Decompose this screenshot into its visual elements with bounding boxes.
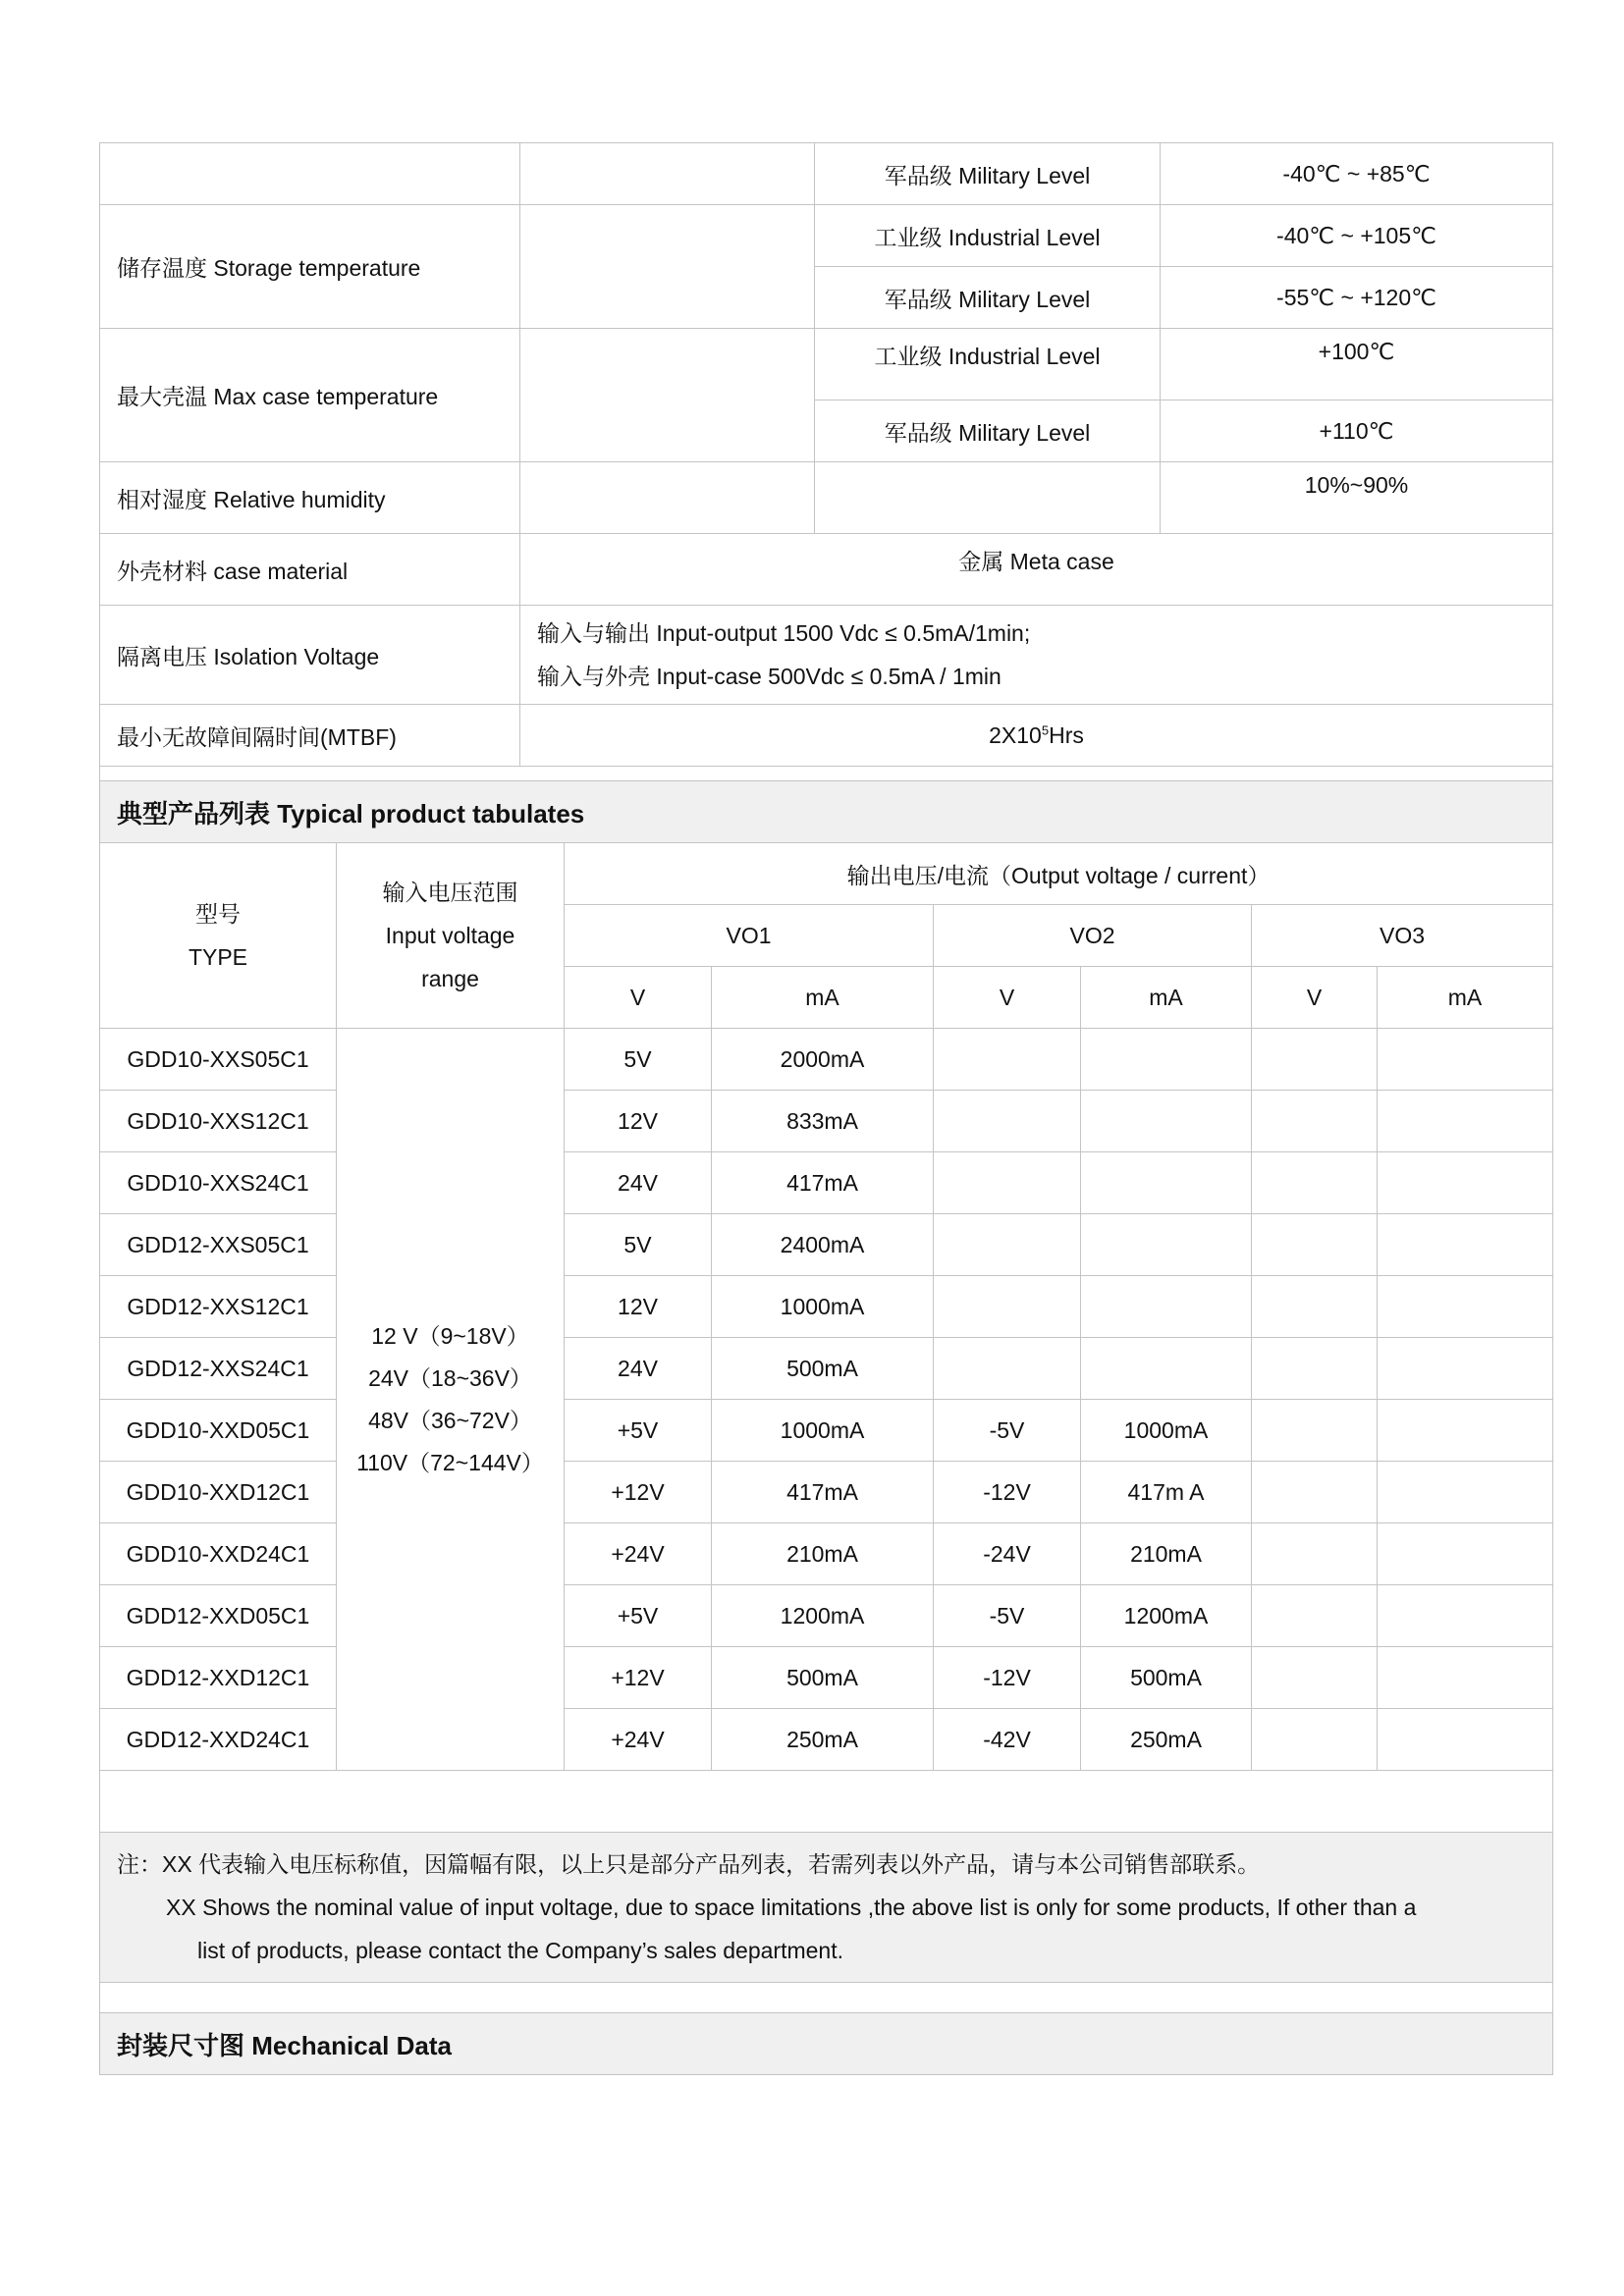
col-header-vo1-ma: mA bbox=[712, 967, 934, 1029]
cell-vo2-ma bbox=[1081, 1338, 1252, 1400]
note-en-line2: list of products, please contact the Com… bbox=[117, 1929, 1541, 1972]
table-row: GDD10-XXS05C112 V（9~18V）24V（18~36V）48V（3… bbox=[100, 1029, 1553, 1091]
cell-vo3-ma bbox=[1378, 1585, 1553, 1647]
isolation-line-input-output: 输入与输出 Input-output 1500 Vdc ≤ 0.5mA/1min… bbox=[537, 612, 1552, 655]
table-row: GDD12-XXD12C1+12V500mA-12V500mA bbox=[100, 1647, 1553, 1709]
temp-value: -40℃ ~ +85℃ bbox=[1161, 143, 1553, 205]
cell-type: GDD12-XXS05C1 bbox=[100, 1214, 337, 1276]
typical-products-header-row: 典型产品列表 Typical product tabulates bbox=[100, 781, 1553, 843]
grade-label: 军品级 Military Level bbox=[815, 267, 1161, 329]
cell-vo2-ma: 210mA bbox=[1081, 1523, 1252, 1585]
cell-vo2-v bbox=[934, 1276, 1081, 1338]
cell-vo1-ma: 210mA bbox=[712, 1523, 934, 1585]
cell-type: GDD12-XXD05C1 bbox=[100, 1585, 337, 1647]
cell-vo3-v bbox=[1252, 1462, 1378, 1523]
mtbf-value: 2X105Hrs bbox=[520, 705, 1553, 767]
cell-vo1-ma: 417mA bbox=[712, 1152, 934, 1214]
case-material-row: 外壳材料 case material 金属 Meta case bbox=[100, 534, 1553, 606]
storage-temp-label: 储存温度 Storage temperature bbox=[100, 205, 520, 329]
cell-vo2-v bbox=[934, 1091, 1081, 1152]
cell-type: GDD10-XXS05C1 bbox=[100, 1029, 337, 1091]
table-row: GDD12-XXS12C112V1000mA bbox=[100, 1276, 1553, 1338]
note: 注：XX 代表输入电压标称值，因篇幅有限，以上只是部分产品列表，若需列表以外产品… bbox=[100, 1833, 1553, 1983]
cell-vo1-v: 12V bbox=[565, 1276, 712, 1338]
cell-vo1-ma: 833mA bbox=[712, 1091, 934, 1152]
col-header-vo2-v: V bbox=[934, 967, 1081, 1029]
cell-vo1-ma: 417mA bbox=[712, 1462, 934, 1523]
cell-vo2-v: -5V bbox=[934, 1400, 1081, 1462]
cell-vo3-ma bbox=[1378, 1523, 1553, 1585]
grade-label: 工业级 Industrial Level bbox=[815, 329, 1161, 400]
cell-vo2-ma bbox=[1081, 1091, 1252, 1152]
humidity-label: 相对湿度 Relative humidity bbox=[100, 462, 520, 534]
cell-vo2-ma bbox=[1081, 1152, 1252, 1214]
case-material-value: 金属 Meta case bbox=[520, 534, 1553, 606]
cell-vo2-ma: 1000mA bbox=[1081, 1400, 1252, 1462]
cell-vo3-v bbox=[1252, 1214, 1378, 1276]
cell-vo2-v: -12V bbox=[934, 1647, 1081, 1709]
cell-vo3-ma bbox=[1378, 1647, 1553, 1709]
grade-label: 军品级 Military Level bbox=[815, 143, 1161, 205]
cell-vo2-ma: 250mA bbox=[1081, 1709, 1252, 1771]
temp-value: +110℃ bbox=[1161, 400, 1553, 462]
cell-type: GDD10-XXS12C1 bbox=[100, 1091, 337, 1152]
cell-vo3-v bbox=[1252, 1338, 1378, 1400]
table-row: GDD10-XXS12C112V833mA bbox=[100, 1091, 1553, 1152]
product-table: 型号 TYPE 输入电压范围 Input voltage range 输出电压/… bbox=[99, 842, 1553, 2075]
cell-vo3-v bbox=[1252, 1709, 1378, 1771]
cell-vo3-v bbox=[1252, 1647, 1378, 1709]
note-row: 注：XX 代表输入电压标称值，因篇幅有限，以上只是部分产品列表，若需列表以外产品… bbox=[100, 1833, 1553, 1983]
isolation-value: 输入与输出 Input-output 1500 Vdc ≤ 0.5mA/1min… bbox=[520, 606, 1553, 705]
col-header-input-range: 输入电压范围 Input voltage range bbox=[337, 843, 565, 1029]
datasheet-page: 军品级 Military Level -40℃ ~ +85℃ 储存温度 Stor… bbox=[99, 142, 1552, 2075]
col-header-vo3-v: V bbox=[1252, 967, 1378, 1029]
cell-vo1-v: +12V bbox=[565, 1462, 712, 1523]
storage-temp-row: 储存温度 Storage temperature 工业级 Industrial … bbox=[100, 205, 1553, 267]
cell-vo3-v bbox=[1252, 1152, 1378, 1214]
isolation-line-input-case: 输入与外壳 Input-case 500Vdc ≤ 0.5mA / 1min bbox=[537, 655, 1552, 698]
table-row: GDD12-XXS24C124V500mA bbox=[100, 1338, 1553, 1400]
cell-vo2-v: -5V bbox=[934, 1585, 1081, 1647]
table-row: GDD12-XXD05C1+5V1200mA-5V1200mA bbox=[100, 1585, 1553, 1647]
section-title-typical-products: 典型产品列表 Typical product tabulates bbox=[100, 781, 1553, 843]
cell-vo3-v bbox=[1252, 1400, 1378, 1462]
cell-vo2-v: -24V bbox=[934, 1523, 1081, 1585]
mechanical-header-row: 封装尺寸图 Mechanical Data bbox=[100, 2013, 1553, 2075]
operating-temp-military-row: 军品级 Military Level -40℃ ~ +85℃ bbox=[100, 143, 1553, 205]
cell-vo1-ma: 500mA bbox=[712, 1647, 934, 1709]
case-material-label: 外壳材料 case material bbox=[100, 534, 520, 606]
mtbf-label: 最小无故障间隔时间(MTBF) bbox=[100, 705, 520, 767]
cell-type: GDD12-XXD24C1 bbox=[100, 1709, 337, 1771]
grade-label: 工业级 Industrial Level bbox=[815, 205, 1161, 267]
col-header-vo3: VO3 bbox=[1252, 905, 1553, 967]
cell-type: GDD10-XXD12C1 bbox=[100, 1462, 337, 1523]
specs-table: 军品级 Military Level -40℃ ~ +85℃ 储存温度 Stor… bbox=[99, 142, 1553, 843]
cell-vo2-v bbox=[934, 1152, 1081, 1214]
cell-vo1-ma: 1000mA bbox=[712, 1276, 934, 1338]
col-header-vo1: VO1 bbox=[565, 905, 934, 967]
cell-vo3-ma bbox=[1378, 1091, 1553, 1152]
isolation-label: 隔离电压 Isolation Voltage bbox=[100, 606, 520, 705]
cell-vo2-ma bbox=[1081, 1214, 1252, 1276]
cell-type: GDD10-XXD05C1 bbox=[100, 1400, 337, 1462]
cell-vo1-v: 24V bbox=[565, 1338, 712, 1400]
col-header-vo1-v: V bbox=[565, 967, 712, 1029]
cell-vo2-ma: 417m A bbox=[1081, 1462, 1252, 1523]
mtbf-row: 最小无故障间隔时间(MTBF) 2X105Hrs bbox=[100, 705, 1553, 767]
col-header-vo2-ma: mA bbox=[1081, 967, 1252, 1029]
table-row: GDD12-XXD24C1+24V250mA-42V250mA bbox=[100, 1709, 1553, 1771]
section-title-mechanical: 封装尺寸图 Mechanical Data bbox=[100, 2013, 1553, 2075]
humidity-value: 10%~90% bbox=[1161, 462, 1553, 534]
cell-vo3-v bbox=[1252, 1523, 1378, 1585]
cell-vo3-ma bbox=[1378, 1462, 1553, 1523]
isolation-row: 隔离电压 Isolation Voltage 输入与输出 Input-outpu… bbox=[100, 606, 1553, 705]
col-header-type: 型号 TYPE bbox=[100, 843, 337, 1029]
cell-vo1-v: +5V bbox=[565, 1400, 712, 1462]
temp-value: +100℃ bbox=[1161, 329, 1553, 400]
table-row: GDD12-XXS05C15V2400mA bbox=[100, 1214, 1553, 1276]
cell-vo2-ma bbox=[1081, 1276, 1252, 1338]
cell-vo1-v: +12V bbox=[565, 1647, 712, 1709]
cell-vo1-ma: 500mA bbox=[712, 1338, 934, 1400]
table-row: GDD10-XXD12C1+12V417mA-12V417m A bbox=[100, 1462, 1553, 1523]
product-rows: GDD10-XXS05C112 V（9~18V）24V（18~36V）48V（3… bbox=[100, 1029, 1553, 1771]
cell-input-range: 12 V（9~18V）24V（18~36V）48V（36~72V）110V（72… bbox=[337, 1029, 565, 1771]
cell-vo2-v: -42V bbox=[934, 1709, 1081, 1771]
cell-vo1-v: 5V bbox=[565, 1214, 712, 1276]
cell-vo1-ma: 1000mA bbox=[712, 1400, 934, 1462]
table-row: GDD10-XXD24C1+24V210mA-24V210mA bbox=[100, 1523, 1553, 1585]
note-en-line1: XX Shows the nominal value of input volt… bbox=[117, 1886, 1541, 1929]
cell-vo2-v bbox=[934, 1029, 1081, 1091]
cell-vo3-ma bbox=[1378, 1709, 1553, 1771]
max-case-temp-row: 最大壳温 Max case temperature 工业级 Industrial… bbox=[100, 329, 1553, 400]
cell-vo3-v bbox=[1252, 1091, 1378, 1152]
col-header-vo2: VO2 bbox=[934, 905, 1252, 967]
cell-vo1-v: 12V bbox=[565, 1091, 712, 1152]
cell-vo1-v: 24V bbox=[565, 1152, 712, 1214]
cell-vo1-v: 5V bbox=[565, 1029, 712, 1091]
note-cn: 注：XX 代表输入电压标称值，因篇幅有限，以上只是部分产品列表，若需列表以外产品… bbox=[117, 1842, 1541, 1886]
col-header-vo3-ma: mA bbox=[1378, 967, 1553, 1029]
cell-vo3-ma bbox=[1378, 1400, 1553, 1462]
cell-type: GDD10-XXD24C1 bbox=[100, 1523, 337, 1585]
cell-vo1-v: +24V bbox=[565, 1709, 712, 1771]
cell-vo3-v bbox=[1252, 1276, 1378, 1338]
max-case-temp-label: 最大壳温 Max case temperature bbox=[100, 329, 520, 462]
cell-type: GDD10-XXS24C1 bbox=[100, 1152, 337, 1214]
cell-vo3-v bbox=[1252, 1585, 1378, 1647]
cell-vo2-ma bbox=[1081, 1029, 1252, 1091]
grade-label: 军品级 Military Level bbox=[815, 400, 1161, 462]
table-row: GDD10-XXS24C124V417mA bbox=[100, 1152, 1553, 1214]
cell-vo3-v bbox=[1252, 1029, 1378, 1091]
cell-vo3-ma bbox=[1378, 1029, 1553, 1091]
cell-vo3-ma bbox=[1378, 1152, 1553, 1214]
temp-value: -40℃ ~ +105℃ bbox=[1161, 205, 1553, 267]
cell-vo1-ma: 1200mA bbox=[712, 1585, 934, 1647]
cell-type: GDD12-XXD12C1 bbox=[100, 1647, 337, 1709]
cell-type: GDD12-XXS24C1 bbox=[100, 1338, 337, 1400]
cell-vo2-v: -12V bbox=[934, 1462, 1081, 1523]
cell-vo2-ma: 1200mA bbox=[1081, 1585, 1252, 1647]
cell-vo1-v: +24V bbox=[565, 1523, 712, 1585]
cell-vo1-v: +5V bbox=[565, 1585, 712, 1647]
temp-value: -55℃ ~ +120℃ bbox=[1161, 267, 1553, 329]
cell-vo2-ma: 500mA bbox=[1081, 1647, 1252, 1709]
cell-vo3-ma bbox=[1378, 1338, 1553, 1400]
cell-vo3-ma bbox=[1378, 1214, 1553, 1276]
cell-vo3-ma bbox=[1378, 1276, 1553, 1338]
header-row: 型号 TYPE 输入电压范围 Input voltage range 输出电压/… bbox=[100, 843, 1553, 905]
humidity-row: 相对湿度 Relative humidity 10%~90% bbox=[100, 462, 1553, 534]
cell-type: GDD12-XXS12C1 bbox=[100, 1276, 337, 1338]
cell-vo1-ma: 250mA bbox=[712, 1709, 934, 1771]
cell-vo1-ma: 2000mA bbox=[712, 1029, 934, 1091]
table-row: GDD10-XXD05C1+5V1000mA-5V1000mA bbox=[100, 1400, 1553, 1462]
cell-vo2-v bbox=[934, 1338, 1081, 1400]
cell-vo1-ma: 2400mA bbox=[712, 1214, 934, 1276]
col-header-output: 输出电压/电流（Output voltage / current） bbox=[565, 843, 1553, 905]
cell-vo2-v bbox=[934, 1214, 1081, 1276]
